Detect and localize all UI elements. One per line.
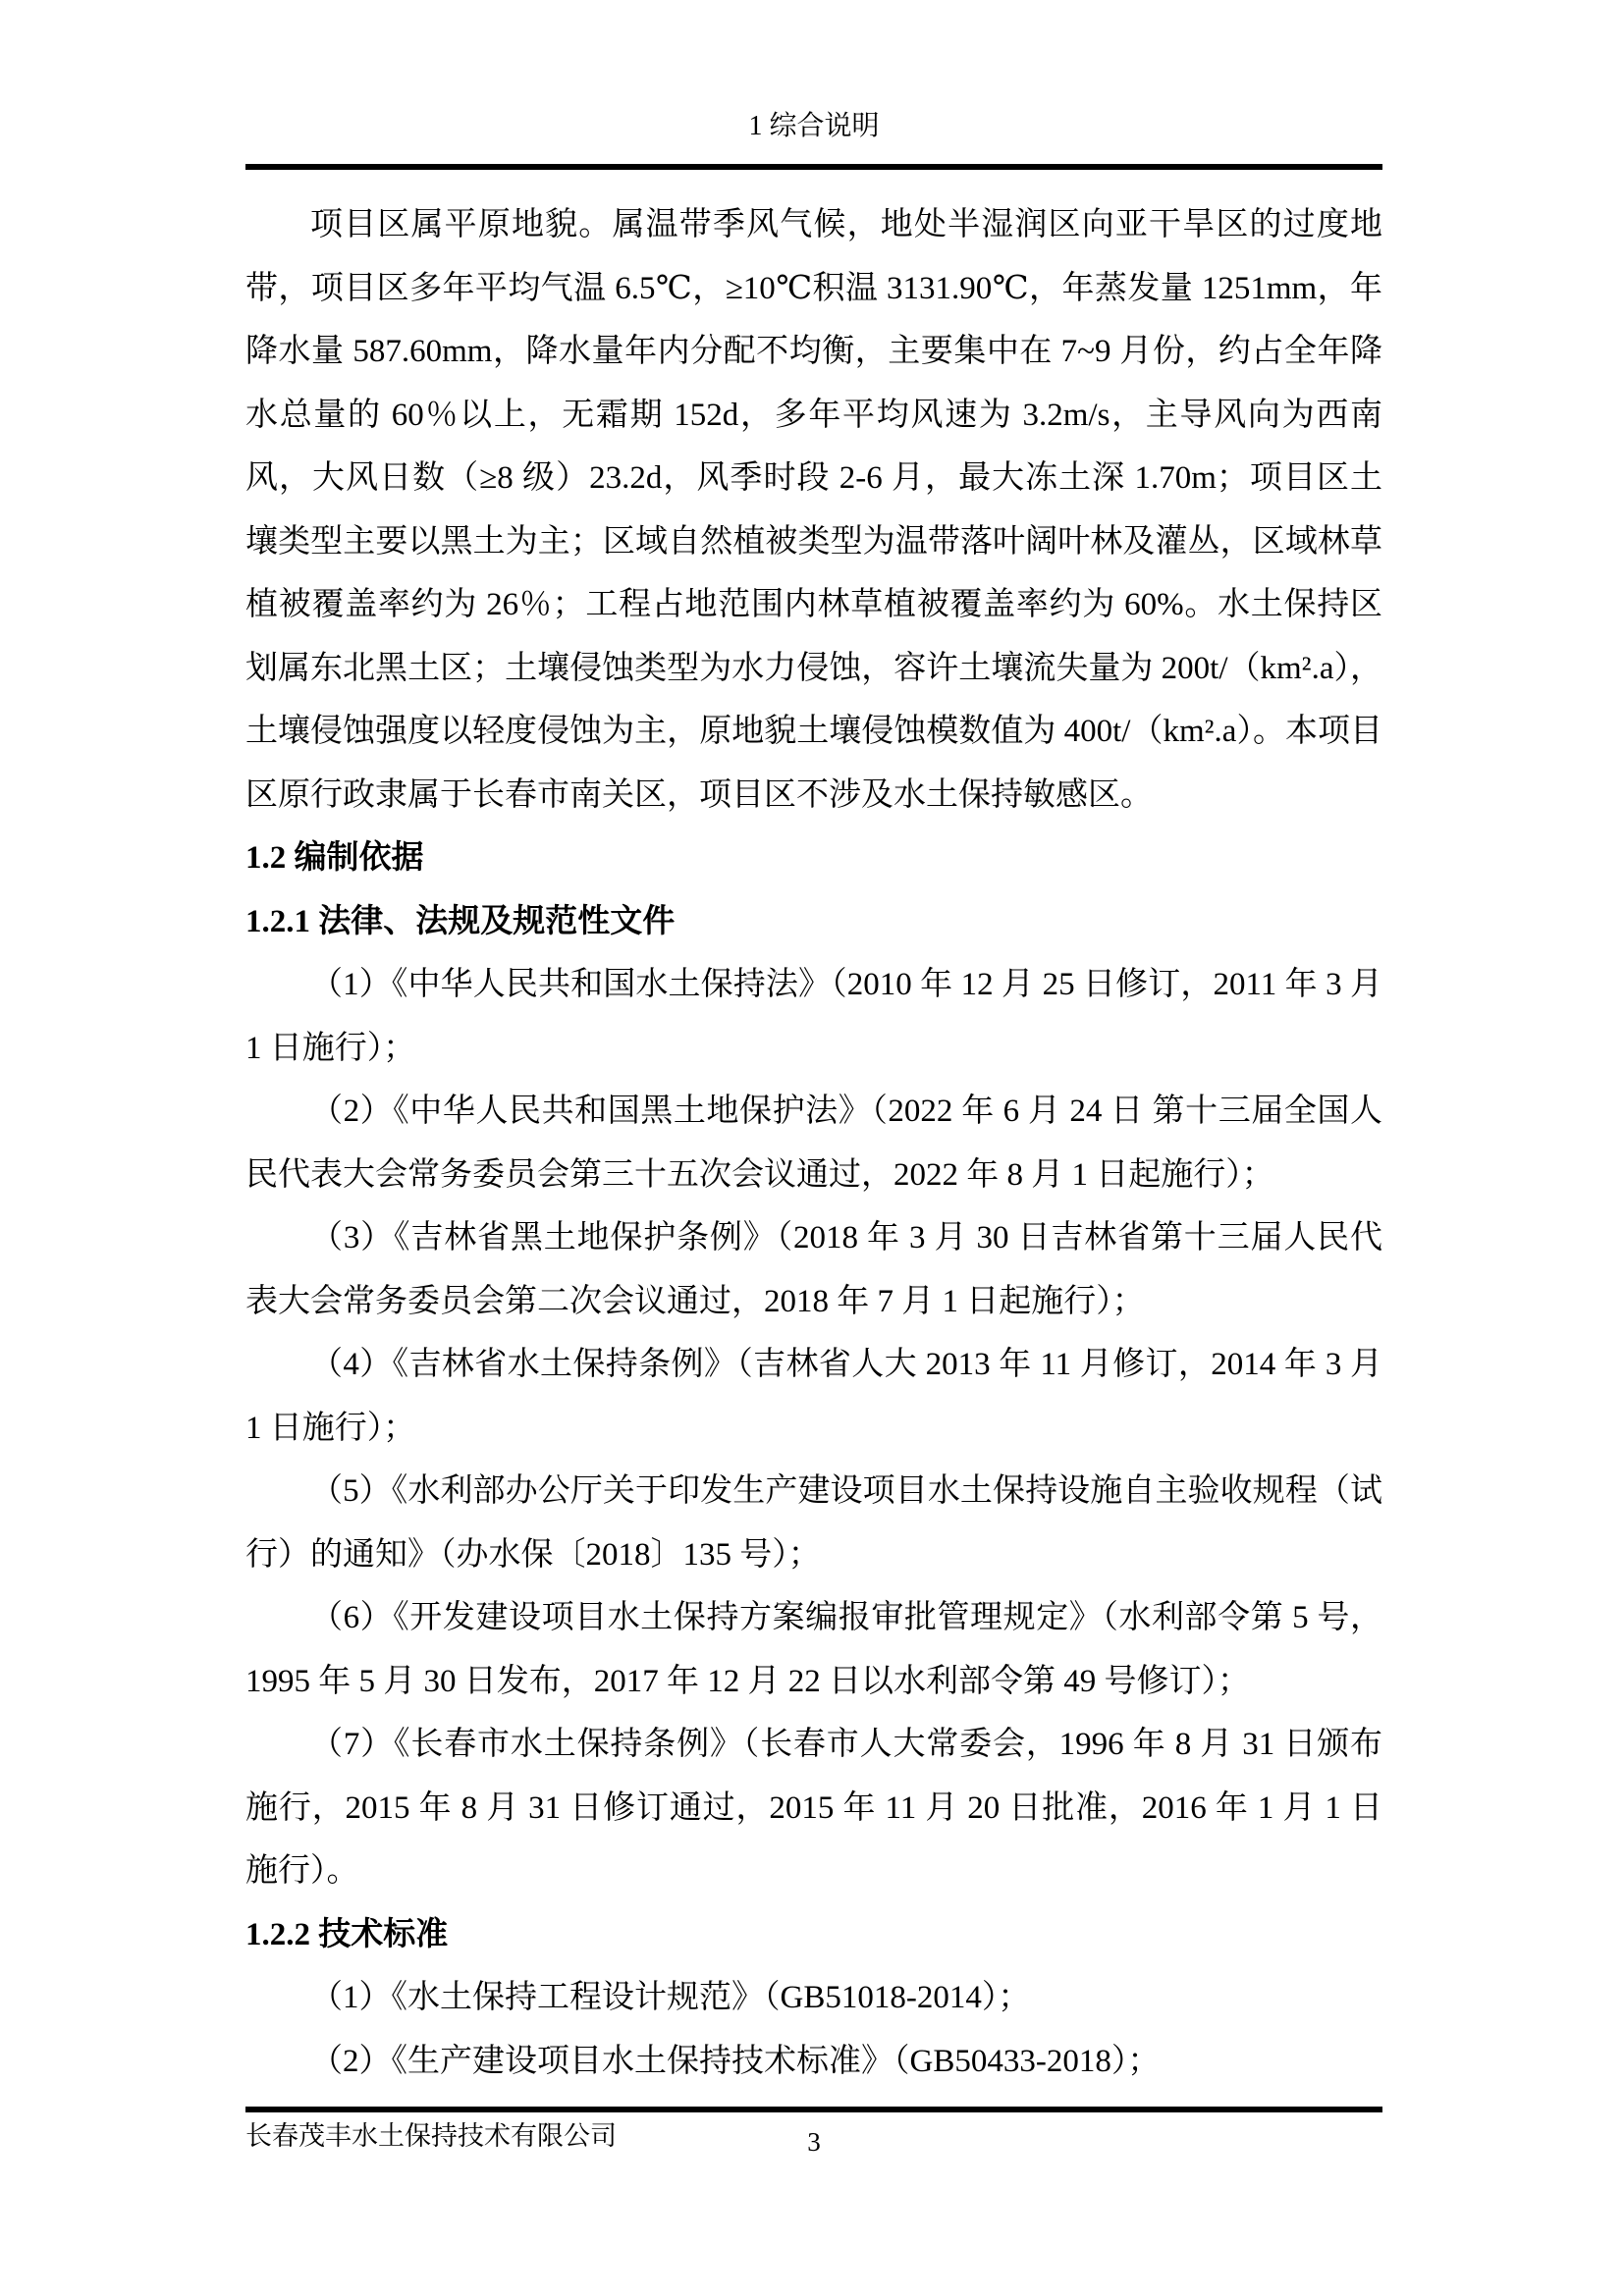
law-item-1: （1）《中华人民共和国水土保持法》（2010 年 12 月 25 日修订，201…	[245, 953, 1382, 1080]
page-footer: 长春茂丰水土保持技术有限公司 3	[245, 2107, 1382, 2153]
page-header: 1 综合说明	[245, 102, 1382, 170]
document-page: 1 综合说明 项目区属平原地貌。属温带季风气候，地处半湿润区向亚干旱区的过度地带…	[0, 0, 1624, 2296]
intro-paragraph: 项目区属平原地貌。属温带季风气候，地处半湿润区向亚干旱区的过度地带，项目区多年平…	[245, 193, 1382, 827]
section-heading-1-2-1: 1.2.1 法律、法规及规范性文件	[245, 890, 1382, 954]
footer-page-number: 3	[807, 2125, 821, 2159]
law-item-4: （4）《吉林省水土保持条例》（吉林省人大 2013 年 11 月修订，2014 …	[245, 1333, 1382, 1460]
footer-company-name: 长春茂丰水土保持技术有限公司	[245, 2119, 617, 2153]
document-body: 项目区属平原地貌。属温带季风气候，地处半湿润区向亚干旱区的过度地带，项目区多年平…	[245, 193, 1382, 2093]
standard-item-1: （1）《水土保持工程设计规范》（GB51018-2014）；	[245, 1966, 1382, 2030]
section-heading-1-2-2: 1.2.2 技术标准	[245, 1903, 1382, 1967]
standard-item-2: （2）《生产建设项目水土保持技术标准》（GB50433-2018）；	[245, 2030, 1382, 2094]
law-item-6: （6）《开发建设项目水土保持方案编报审批管理规定》（水利部令第 5 号，1995…	[245, 1586, 1382, 1713]
header-title: 1 综合说明	[748, 111, 879, 141]
law-item-3: （3）《吉林省黑土地保护条例》（2018 年 3 月 30 日吉林省第十三届人民…	[245, 1206, 1382, 1333]
law-item-5: （5）《水利部办公厅关于印发生产建设项目水土保持设施自主验收规程（试行）的通知》…	[245, 1460, 1382, 1586]
law-item-7: （7）《长春市水土保持条例》（长春市人大常委会，1996 年 8 月 31 日颁…	[245, 1713, 1382, 1903]
section-heading-1-2: 1.2 编制依据	[245, 827, 1382, 890]
law-item-2: （2）《中华人民共和国黑土地保护法》（2022 年 6 月 24 日 第十三届全…	[245, 1080, 1382, 1206]
